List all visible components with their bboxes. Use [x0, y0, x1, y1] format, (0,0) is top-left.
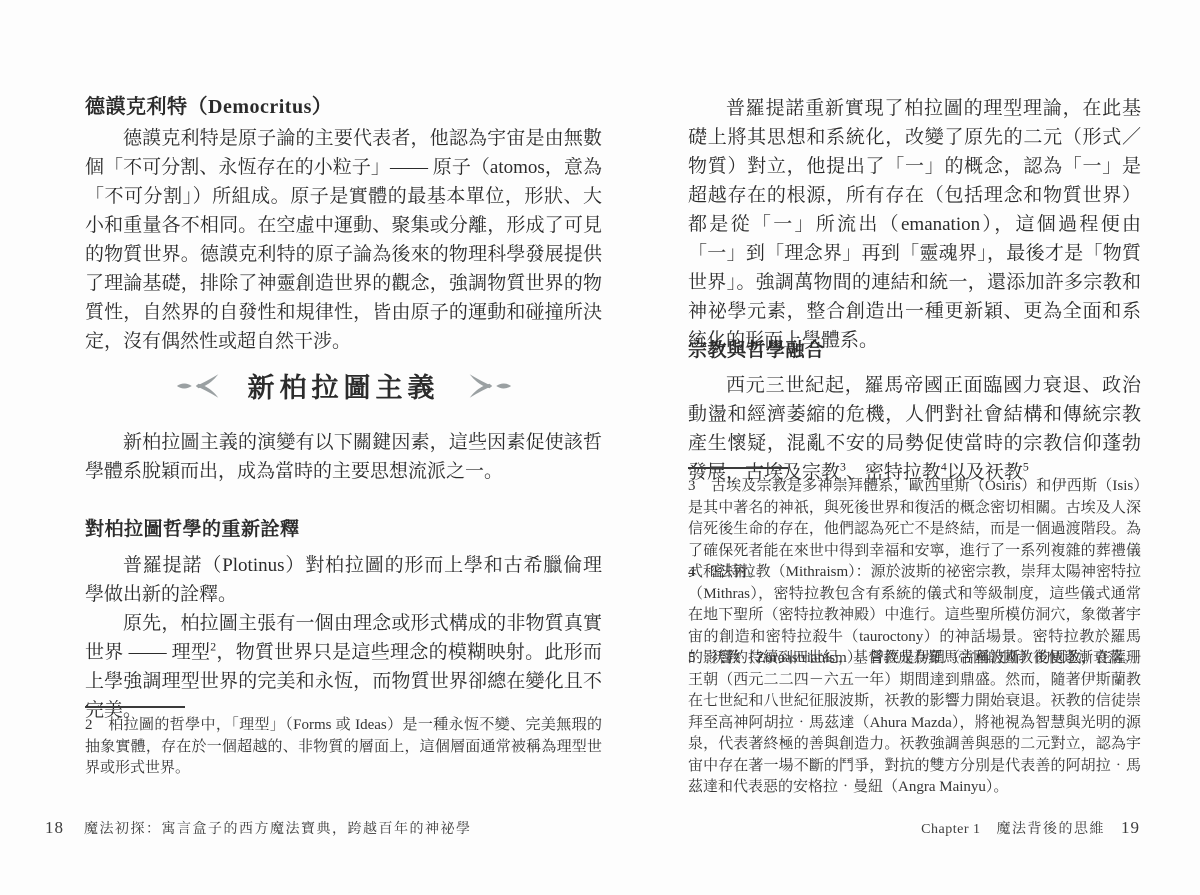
footnote-divider [85, 706, 185, 708]
page-number: 19 [1121, 818, 1140, 837]
footer-section-title: 魔法背後的思維 [997, 822, 1106, 837]
right-paragraph-third-century: 西元三世紀起，羅馬帝國正面臨國力衰退、政治動盪和經濟萎縮的危機，人們對社會結構和… [688, 371, 1141, 487]
right-paragraph-the-one: 普羅提諾重新實現了柏拉圖的理型理論，在此基礎上將其思想和系統化，改變了原先的二元… [688, 94, 1141, 355]
page-right: 普羅提諾重新實現了柏拉圖的理型理論，在此基礎上將其思想和系統化，改變了原先的二元… [688, 0, 1141, 895]
left-paragraph-plotinus: 普羅提諾（Plotinus）對柏拉圖的形而上學和古希臘倫理學做出新的詮釋。 [85, 551, 602, 609]
footnote-5: 5 祆教（Zoroastrianism）：曾經是伊朗（古稱波斯）的國教，在薩珊王… [688, 648, 1141, 799]
left-subheading-reinterpretation: 對柏拉圖哲學的重新詮釋 [85, 514, 602, 541]
fleuron-left-icon [176, 372, 230, 400]
footnote-divider [688, 467, 788, 469]
footnote-ref-5: 5 [1023, 461, 1029, 474]
footer-book-title: 魔法初探：寓言盒子的西方魔法寶典，跨越百年的神祕學 [84, 822, 472, 837]
fleuron-right-icon [458, 372, 512, 400]
footnote-2: 2 柏拉圖的哲學中，「理型」（Forms 或 Ideas）是一種永恆不變、完美無… [85, 715, 602, 780]
footer-left: 18魔法初探：寓言盒子的西方魔法寶典，跨越百年的神祕學 [45, 818, 472, 838]
footer-right: Chapter 1魔法背後的思維19 [921, 818, 1140, 838]
section-title: 新柏拉圖主義 [248, 366, 440, 405]
page-number: 18 [45, 818, 64, 837]
left-paragraph-evolution: 新柏拉圖主義的演變有以下關鍵因素，這些因素促使該哲學體系脫穎而出，成為當時的主要… [85, 428, 602, 486]
section-header-neoplatonism: 新柏拉圖主義 [85, 366, 602, 405]
left-heading-democritus: 德謨克利特（Democritus） [85, 90, 602, 119]
left-paragraph-atomism: 德謨克利特是原子論的主要代表者，他認為宇宙是由無數個「不可分割、永恆存在的小粒子… [85, 124, 602, 356]
chapter-label: Chapter 1 [921, 822, 980, 837]
right-subheading-religion-philosophy: 宗教與哲學融合 [688, 335, 1141, 362]
page-left: 德謨克利特（Democritus） 德謨克利特是原子論的主要代表者，他認為宇宙是… [85, 0, 602, 895]
